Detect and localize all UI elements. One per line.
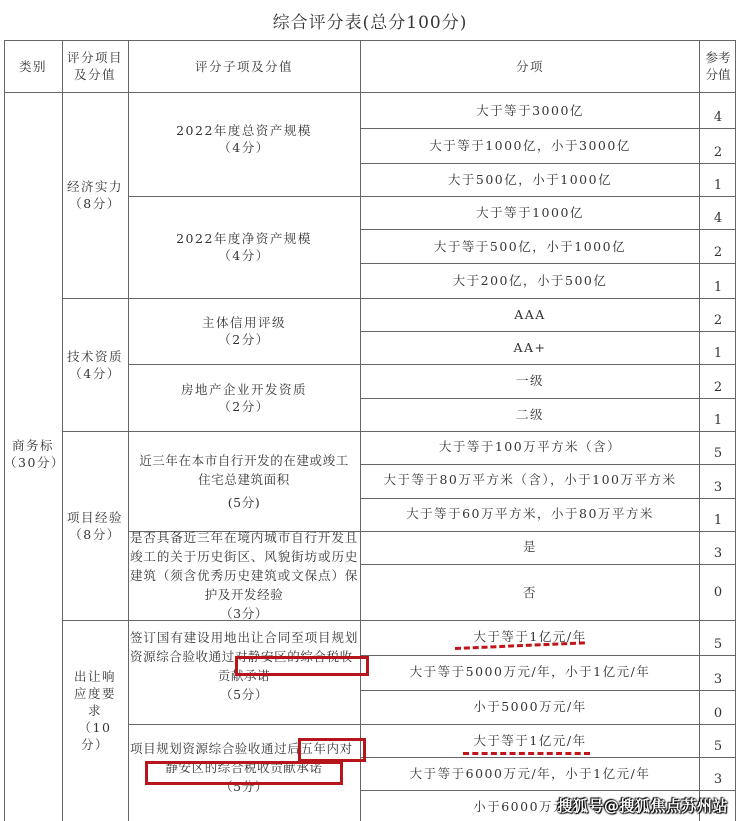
subitem-text: 2022年度净资产规模 [176, 230, 312, 247]
breakdown-item: 否 [360, 564, 700, 620]
group-name: 出让响应度要求 [68, 668, 122, 719]
breakdown-item: 大于等于3000亿 [360, 92, 700, 128]
ref-score: 5 [700, 724, 736, 757]
subitem-score: （4分） [218, 139, 269, 156]
category-cell: 商务标 （30分） [4, 92, 62, 821]
subitem-text: 主体信用评级 [202, 314, 286, 331]
header-item: 评分项目 及分值 [62, 40, 128, 92]
group-score: （4分） [69, 365, 120, 382]
group-response-requirement: 出让响应度要求 （10分） [62, 620, 128, 821]
page-title: 综合评分表(总分100分) [0, 8, 740, 33]
subitem-text: 近三年在本市自行开发的在建或竣工住宅总建筑面积 [134, 451, 354, 489]
ref-score: 5 [700, 431, 736, 464]
breakdown-item: 大于等于1000亿 [360, 196, 700, 229]
subitem-text: 房地产企业开发资质 [181, 381, 307, 398]
subitem-net-assets: 2022年度净资产规模 （4分） [128, 196, 360, 298]
category-score: （30分） [4, 454, 62, 471]
ref-score: 0 [700, 690, 736, 724]
ref-score: 3 [700, 464, 736, 498]
group-technical: 技术资质 （4分） [62, 298, 128, 431]
breakdown-item: 大于等于5000万元/年，小于1亿元/年 [360, 655, 700, 690]
breakdown-item: 大于等于1亿元/年 [360, 620, 700, 655]
ref-score: 2 [700, 298, 736, 331]
ref-score: 3 [700, 757, 736, 790]
group-score: （8分） [69, 195, 120, 212]
subitem-credit-rating: 主体信用评级 （2分） [128, 298, 360, 364]
breakdown-item: 二级 [360, 398, 700, 431]
category-name: 商务标 [12, 437, 54, 454]
group-name: 项目经验 [67, 509, 123, 526]
subitem-score: (5分) [228, 493, 261, 512]
ref-score: 1 [700, 263, 736, 298]
subitem-text: 项目规划资源综合验收通过后 [130, 741, 300, 756]
group-score: （10分） [68, 719, 122, 753]
breakdown-item: 大于等于100万平方米（含） [360, 431, 700, 464]
ref-score: 1 [700, 398, 736, 431]
breakdown-item: AAA [360, 298, 700, 331]
header-category: 类别 [4, 40, 62, 92]
breakdown-item: 大于等于6000万元/年，小于1亿元/年 [360, 757, 700, 790]
header-ref-score: 参考 分值 [700, 40, 736, 92]
subitem-text: 是否具备近三年在境内城市自行开发且竣工的关于历史街区、风貌街坊或历史建筑（须含优… [130, 528, 358, 604]
header-breakdown: 分项 [360, 40, 700, 92]
breakdown-item: 大于等于500亿，小于1000亿 [360, 229, 700, 263]
ref-score: 2 [700, 229, 736, 263]
group-project-experience: 项目经验 （8分） [62, 431, 128, 620]
highlight-box-tax-commitment [235, 656, 369, 676]
breakdown-item: 大于等于60万平方米，小于80万平方米 [360, 498, 700, 531]
watermark: 搜狐号@搜狐焦点苏州站 [557, 795, 728, 816]
highlight-box-five-years [298, 738, 366, 762]
ref-score: 1 [700, 163, 736, 196]
ref-score: 1 [700, 498, 736, 531]
subitem-dev-qualification: 房地产企业开发资质 （2分） [128, 364, 360, 431]
group-name: 经济实力 [67, 178, 123, 195]
breakdown-item: 一级 [360, 364, 700, 398]
breakdown-item: 大于500亿，小于1000亿 [360, 163, 700, 196]
subitem-text: 2022年度总资产规模 [176, 122, 312, 139]
breakdown-item: AA+ [360, 331, 700, 364]
dashed-underline-2 [463, 752, 590, 755]
ref-score: 5 [700, 620, 736, 655]
breakdown-item: 小于5000万元/年 [360, 690, 700, 724]
header-subitem: 评分子项及分值 [128, 40, 360, 92]
ref-score: 3 [700, 655, 736, 690]
subitem-score: （4分） [218, 247, 269, 264]
subitem-residential-area: 近三年在本市自行开发的在建或竣工住宅总建筑面积 (5分) [128, 431, 360, 531]
ref-score: 4 [700, 196, 736, 229]
subitem-score: （2分） [218, 398, 269, 415]
ref-score: 4 [700, 92, 736, 128]
ref-score: 3 [700, 531, 736, 564]
breakdown-item: 是 [360, 531, 700, 564]
subitem-total-assets: 2022年度总资产规模 （4分） [128, 92, 360, 196]
breakdown-item: 大于200亿，小于500亿 [360, 263, 700, 298]
group-economic: 经济实力 （8分） [62, 92, 128, 298]
ref-score: 1 [700, 331, 736, 364]
ref-score: 2 [700, 128, 736, 163]
ref-score: 0 [700, 564, 736, 620]
highlight-box-jingan-tax [145, 761, 343, 785]
subitem-score: （2分） [218, 331, 269, 348]
group-name: 技术资质 [67, 348, 123, 365]
breakdown-item: 大于等于1000亿，小于3000亿 [360, 128, 700, 163]
subitem-score: （5分） [130, 685, 358, 704]
ref-score: 2 [700, 364, 736, 398]
subitem-historic-experience: 是否具备近三年在境内城市自行开发且竣工的关于历史街区、风貌街坊或历史建筑（须含优… [128, 531, 360, 620]
group-score: （8分） [69, 526, 120, 543]
breakdown-item: 大于等于80万平方米（含），小于100万平方米 [360, 464, 700, 498]
